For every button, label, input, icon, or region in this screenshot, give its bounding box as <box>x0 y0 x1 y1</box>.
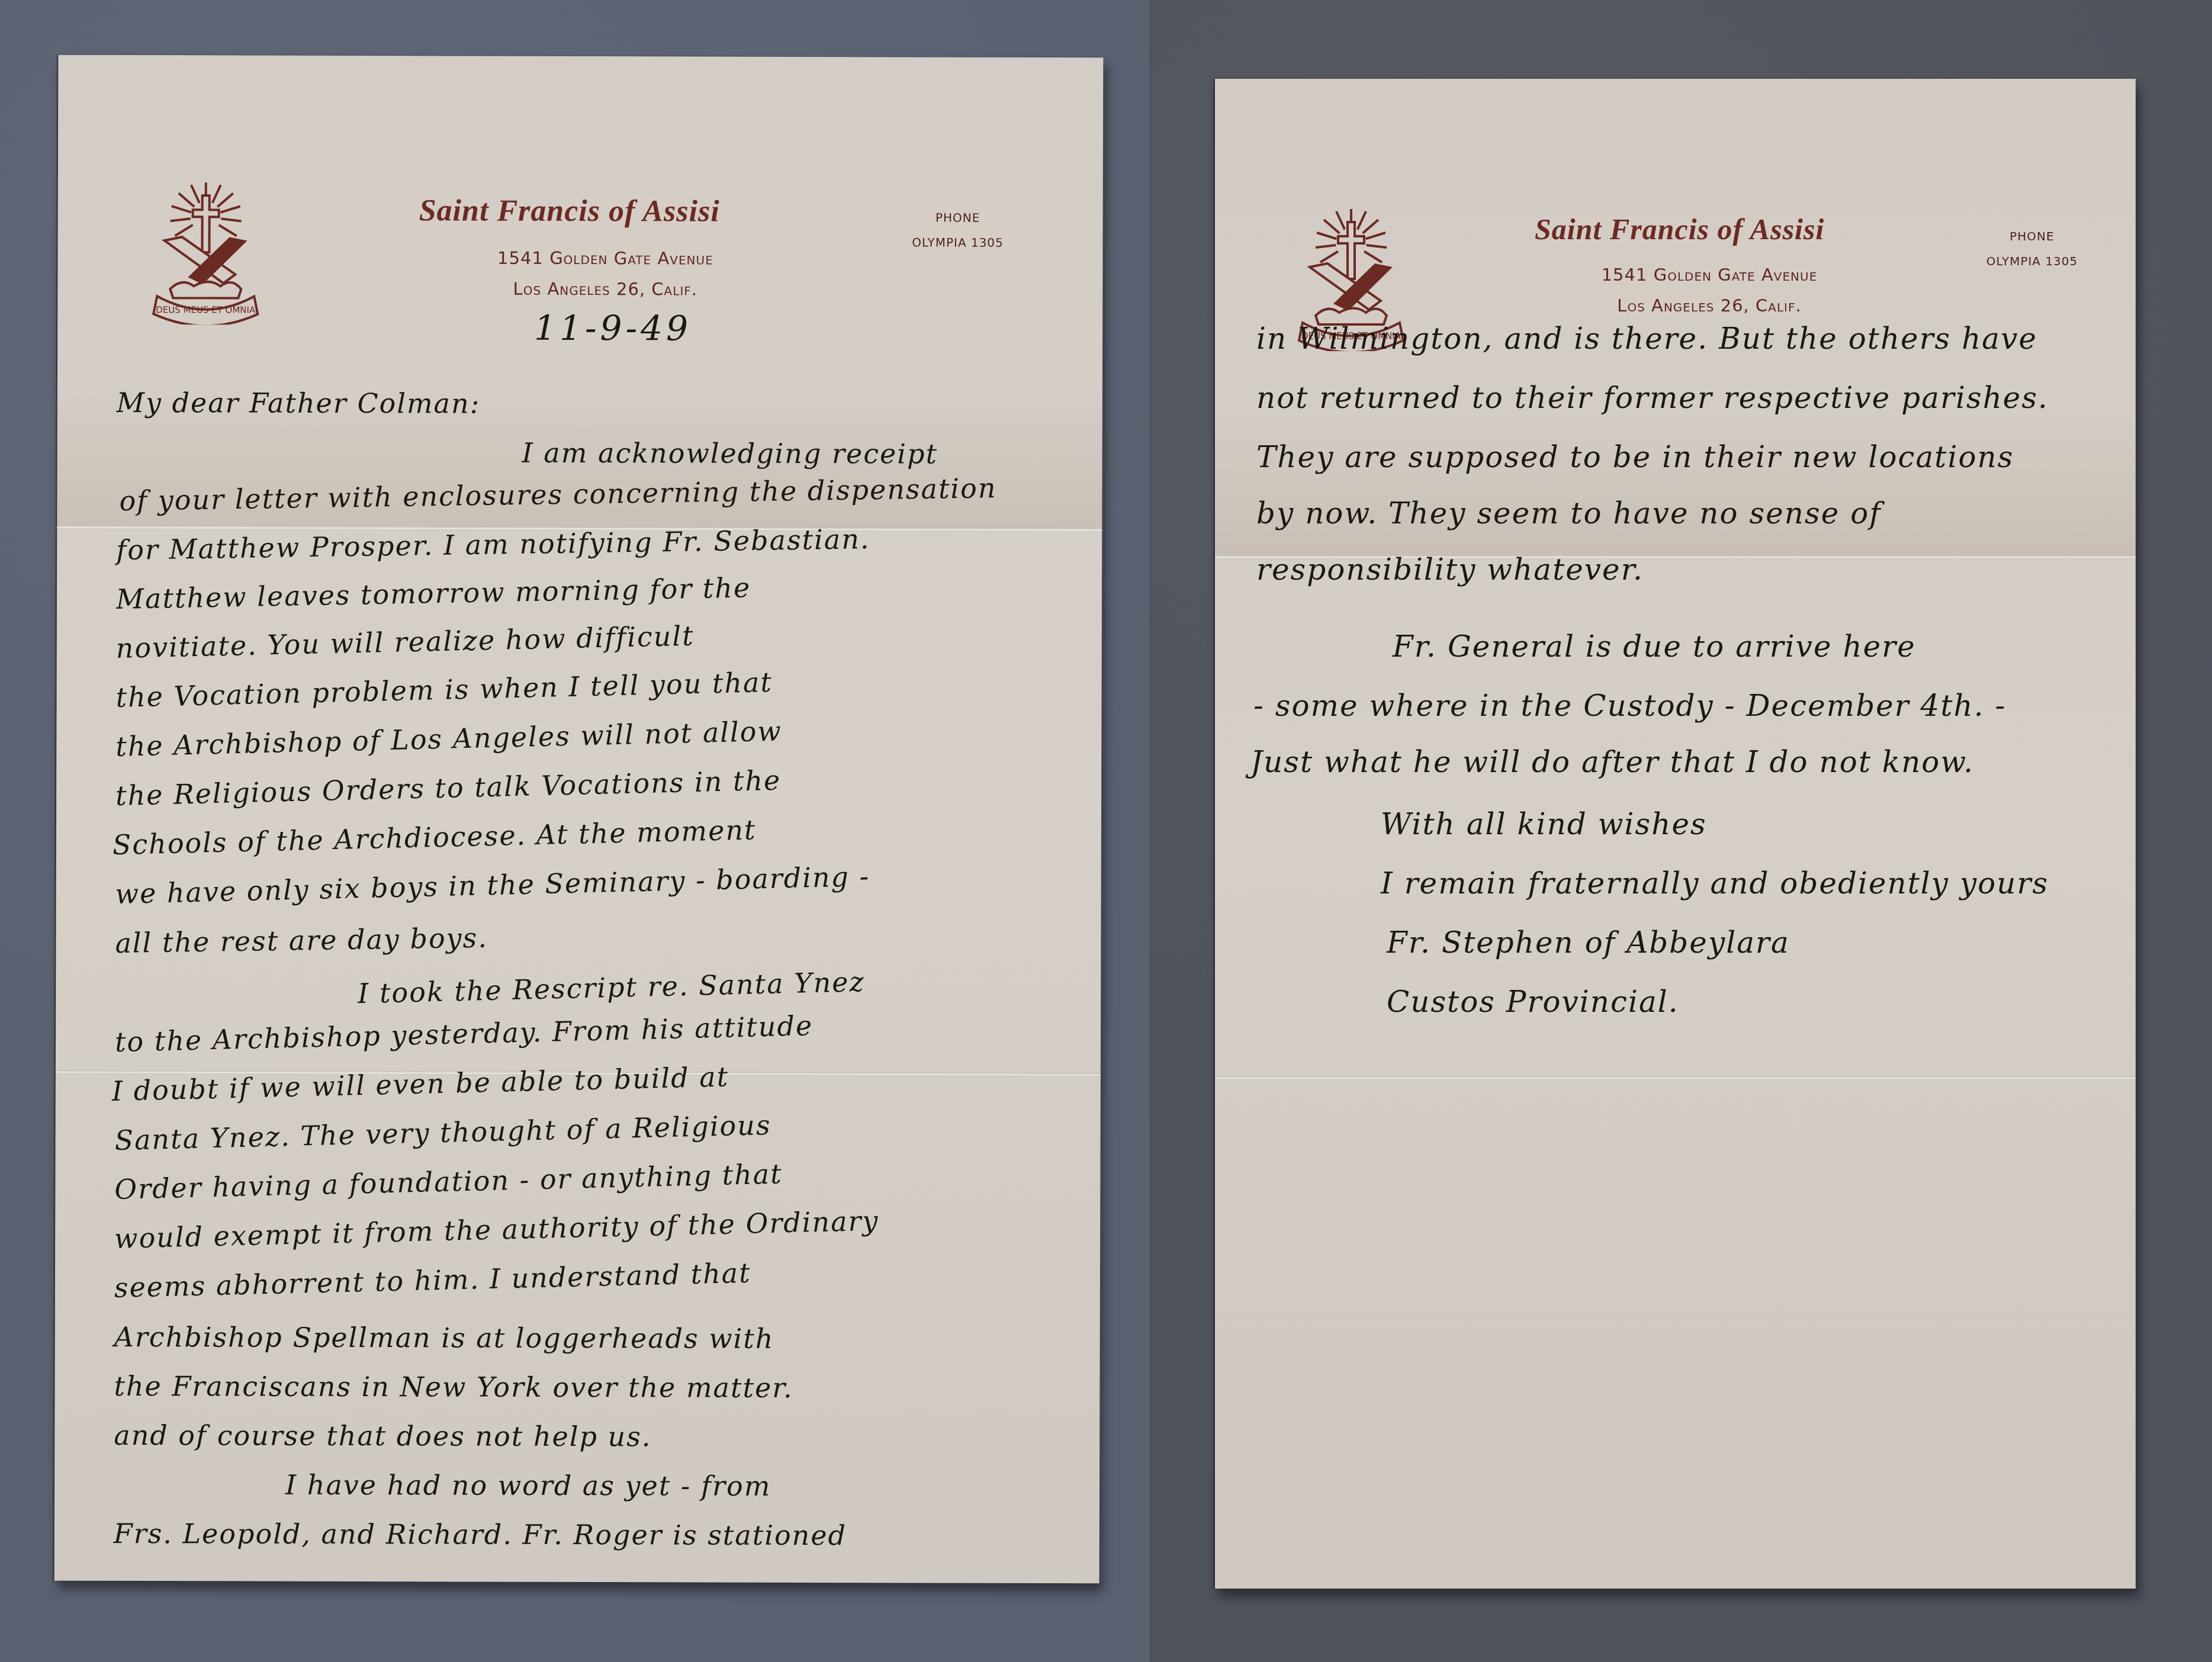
letter-line: and of course that does not help us. <box>114 1419 651 1452</box>
letter-line: would exempt it from the authority of th… <box>114 1205 880 1255</box>
svg-text:DEUS MEUS ET OMNIA: DEUS MEUS ET OMNIA <box>156 304 256 315</box>
letter-line: seems abhorrent to him. I understand tha… <box>114 1257 751 1304</box>
letter-line: I took the Rescript re. Santa Ynez <box>358 966 866 1010</box>
letter-line: the Franciscans in New York over the mat… <box>114 1370 793 1404</box>
letter-line: the Religious Orders to talk Vocations i… <box>115 764 781 811</box>
letter-line: I doubt if we will even be able to build… <box>111 1060 729 1107</box>
letter-line: Matthew leaves tomorrow morning for the <box>115 571 751 615</box>
signature: Fr. Stephen of Abbeylara <box>1387 925 1790 960</box>
address-line-2: Los Angeles 26, Calif. <box>436 273 774 304</box>
letterhead-name: Saint Francis of Assisi <box>419 193 720 229</box>
letter-line: to the Archbishop yesterday. From his at… <box>114 1010 813 1058</box>
letter-line: all the rest are day boys. <box>115 922 488 959</box>
letter-line: I am acknowledging receipt <box>522 437 938 470</box>
address-line-2: Los Angeles 26, Calif. <box>1544 290 1875 321</box>
phone-label: PHONE <box>911 205 1005 230</box>
phone-number: OLYMPIA 1305 <box>1985 249 2079 274</box>
letter-line: - some where in the Custody - December 4… <box>1253 689 2006 723</box>
fold-line <box>1215 1076 2136 1080</box>
letterhead-address: 1541 Golden Gate Avenue Los Angeles 26, … <box>436 242 774 304</box>
letter-line: They are supposed to be in their new loc… <box>1256 440 2014 474</box>
letter-line: by now. They seem to have no sense of <box>1256 496 1882 531</box>
phone-label: PHONE <box>1985 224 2079 249</box>
closing-line: With all kind wishes <box>1381 807 1707 841</box>
letter-line: in Wilmington, and is there. But the oth… <box>1256 322 2037 356</box>
letter-line: responsibility whatever. <box>1256 552 1644 587</box>
salutation: My dear Father Colman: <box>117 387 480 420</box>
phone-number: OLYMPIA 1305 <box>910 230 1005 255</box>
letter-line: Archbishop Spellman is at loggerheads wi… <box>114 1321 774 1355</box>
letter-line: Fr. General is due to arrive here <box>1393 629 1916 664</box>
letter-line: the Vocation problem is when I tell you … <box>115 666 773 713</box>
left-photo: DEUS MEUS ET OMNIA Saint Francis of Assi… <box>0 0 1150 1662</box>
letter-line: Santa Ynez. The very thought of a Religi… <box>114 1109 771 1156</box>
letter-page-1: DEUS MEUS ET OMNIA Saint Francis of Assi… <box>54 55 1104 1584</box>
letterhead-phone: PHONE OLYMPIA 1305 <box>1985 224 2079 274</box>
letter-line: not returned to their former respective … <box>1256 381 2049 415</box>
letter-line: Schools of the Archdiocese. At the momen… <box>112 814 757 861</box>
letter-line: I have had no word as yet - from <box>285 1469 771 1502</box>
letterhead-address: 1541 Golden Gate Avenue Los Angeles 26, … <box>1544 259 1875 321</box>
letter-line: Order having a foundation - or anything … <box>114 1158 783 1205</box>
letter-date: 11-9-49 <box>534 308 692 349</box>
letter-line: novitiate. You will realize how difficul… <box>115 620 695 664</box>
letterhead-name: Saint Francis of Assisi <box>1535 212 1824 246</box>
letter-line: Just what he will do after that I do not… <box>1250 745 1974 779</box>
fold-shadow <box>1215 410 2136 555</box>
signature-title: Custos Provincial. <box>1387 985 1679 1019</box>
letter-line: Frs. Leopold, and Richard. Fr. Roger is … <box>114 1518 847 1551</box>
letterhead-phone: PHONE OLYMPIA 1305 <box>910 205 1005 255</box>
address-line-1: 1541 Golden Gate Avenue <box>436 242 774 274</box>
letter-page-2: DEUS MEUS ET OMNIA Saint Francis of Assi… <box>1215 79 2136 1589</box>
closing-line: I remain fraternally and obediently your… <box>1381 866 2049 901</box>
letter-line: we have only six boys in the Seminary - … <box>115 860 870 910</box>
right-photo: DEUS MEUS ET OMNIA Saint Francis of Assi… <box>1151 0 2212 1662</box>
letter-line: the Archbishop of Los Angeles will not a… <box>115 715 783 763</box>
crest-icon: DEUS MEUS ET OMNIA <box>146 171 265 325</box>
address-line-1: 1541 Golden Gate Avenue <box>1544 259 1875 290</box>
